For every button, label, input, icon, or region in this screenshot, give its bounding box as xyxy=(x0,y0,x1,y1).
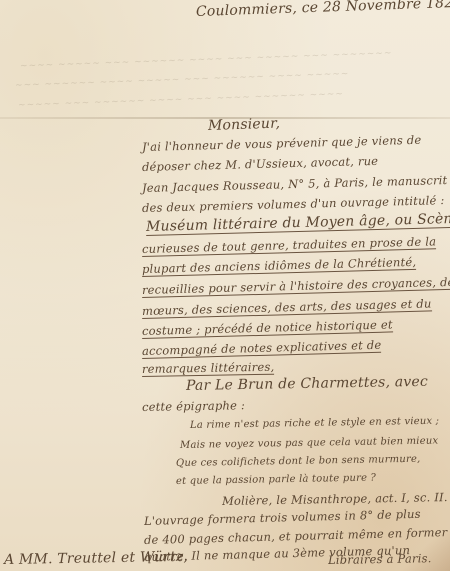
book-title-line: costume ; précédé de notice historique e… xyxy=(142,317,393,339)
epigraph-line: Que ces colifichets dont le bon sens mur… xyxy=(176,454,421,469)
bleed-through-text: ~~~~~ ~~~ ~~~~~~ ~~~~ ~~~ ~~~~ ~~~~~~ ~~… xyxy=(18,89,344,110)
book-title-line: Muséum littéraire du Moyen âge, ou Scène… xyxy=(146,211,450,236)
addressee: A MM. Treuttel et Würtz, xyxy=(4,549,188,568)
epigraph-line: et que la passion parle là toute pure ? xyxy=(176,473,376,487)
body-line: déposer chez M. d'Ussieux, avocat, rue xyxy=(142,154,379,174)
bleed-through-text: ~~~ ~~~~~~ ~~~~ ~~~~~ ~~~ ~~~~~~ ~~~~ ~~… xyxy=(15,69,350,91)
bleed-through-text: ~~~~ ~~~~~ ~~~ ~~~~~~ ~~~~ ~~~ ~~~~~ ~~~… xyxy=(20,49,393,72)
salutation: Monsieur, xyxy=(208,115,281,134)
body-line: J'ai l'honneur de vous prévenir que je v… xyxy=(142,133,422,154)
book-title-line: curieuses de tout genre, traduites en pr… xyxy=(142,234,437,257)
epigraph-intro: cette épigraphe : xyxy=(142,398,245,414)
book-title-line: mœurs, des sciences, des arts, des usage… xyxy=(142,296,432,319)
epigraph-line: Mais ne voyez vous pas que cela vaut bie… xyxy=(180,435,438,451)
book-title-line: remarques littéraires, xyxy=(142,360,275,377)
book-title-line: recueillies pour servir à l'histoire des… xyxy=(142,275,450,298)
paper-stain xyxy=(390,531,450,571)
body-line: Jean Jacques Rousseau, N° 5, à Paris, le… xyxy=(142,173,448,195)
author-line: Par Le Brun de Charmettes, avec xyxy=(186,374,428,394)
epigraph-line: La rime n'est pas riche et le style en e… xyxy=(190,416,439,431)
book-title-line: accompagné de notes explicatives et de xyxy=(142,338,382,359)
letter-page: ~~~~ ~~~~~ ~~~ ~~~~~~ ~~~~ ~~~ ~~~~~ ~~~… xyxy=(0,0,450,571)
place-date: Coulommiers, ce 28 Novembre 1825. xyxy=(196,0,450,20)
epigraph-source: Molière, le Misanthrope, act. I, sc. II. xyxy=(222,490,448,508)
book-title-line: plupart des anciens idiômes de la Chréti… xyxy=(142,255,417,277)
closing-line: L'ouvrage formera trois volumes in 8° de… xyxy=(144,507,421,528)
